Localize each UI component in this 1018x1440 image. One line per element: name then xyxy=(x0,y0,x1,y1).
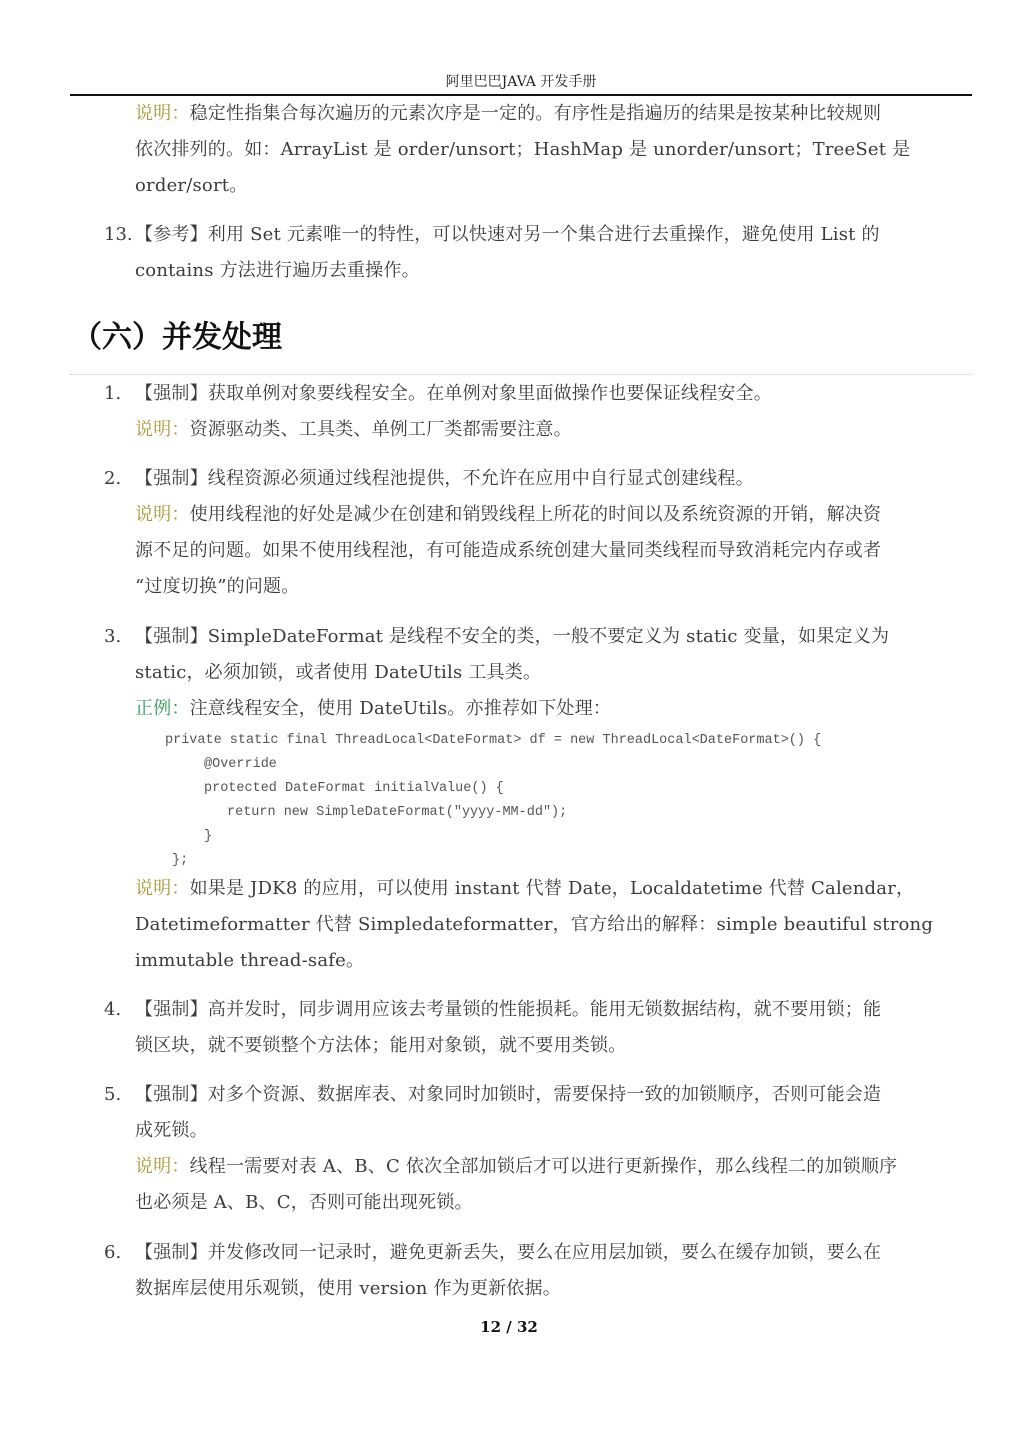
note-label: 说明： xyxy=(135,419,190,440)
item-line: contains 方法进行遍历去重操作。 xyxy=(135,259,420,283)
note-line: 说明：使用线程池的好处是减少在创建和销毁线程上所花的时间以及系统资源的开销，解决… xyxy=(135,503,881,527)
note-line: 说明：如果是 JDK8 的应用，可以使用 instant 代替 Date，Loc… xyxy=(135,877,914,901)
code-line: } xyxy=(204,825,212,849)
section-divider xyxy=(70,374,972,375)
item-number: 4. xyxy=(104,998,121,1022)
item-line: 【强制】线程资源必须通过线程池提供，不允许在应用中自行显式创建线程。 xyxy=(135,467,754,491)
item-line: 锁区块，就不要锁整个方法体；能用对象锁，就不要用类锁。 xyxy=(135,1034,626,1058)
item-line: 数据库层使用乐观锁，使用 version 作为更新依据。 xyxy=(135,1277,561,1301)
note-line: Datetimeformatter 代替 Simpledateformatter… xyxy=(135,913,933,937)
item-number: 1. xyxy=(104,382,121,406)
example-label: 正例： xyxy=(135,698,190,719)
item-number: 6. xyxy=(104,1241,121,1265)
note-line: 源不足的问题。如果不使用线程池，有可能造成系统创建大量同类线程而导致消耗完内存或… xyxy=(135,539,881,563)
code-line: private static final ThreadLocal<DateFor… xyxy=(165,729,821,753)
note-line: 说明：线程一需要对表 A、B、C 依次全部加锁后才可以进行更新操作，那么线程二的… xyxy=(135,1155,897,1179)
item-line: 成死锁。 xyxy=(135,1119,208,1143)
item-line: 【强制】SimpleDateFormat 是线程不安全的类，一般不要定义为 st… xyxy=(135,625,889,649)
item-line: 【参考】利用 Set 元素唯一的特性，可以快速对另一个集合进行去重操作，避免使用… xyxy=(135,223,880,247)
code-line: }; xyxy=(172,849,188,873)
item-number: 5. xyxy=(104,1083,121,1107)
example-text: 注意线程安全，使用 DateUtils。亦推荐如下处理： xyxy=(190,698,612,719)
code-line: protected DateFormat initialValue() { xyxy=(204,777,504,801)
note-label: 说明： xyxy=(135,504,190,525)
note-text: 线程一需要对表 A、B、C 依次全部加锁后才可以进行更新操作，那么线程二的加锁顺… xyxy=(190,1156,898,1177)
item-line: 【强制】高并发时，同步调用应该去考量锁的性能损耗。能用无锁数据结构，就不要用锁；… xyxy=(135,998,881,1022)
note-line: 依次排列的。如：ArrayList 是 order/unsort；HashMap… xyxy=(135,138,910,162)
note-line: immutable thread-safe。 xyxy=(135,949,364,973)
item-line: static，必须加锁，或者使用 DateUtils 工具类。 xyxy=(135,661,541,685)
example-line: 正例：注意线程安全，使用 DateUtils。亦推荐如下处理： xyxy=(135,697,611,721)
note-text: 资源驱动类、工具类、单例工厂类都需要注意。 xyxy=(190,419,572,440)
note-line: 也必须是 A、B、C，否则可能出现死锁。 xyxy=(135,1191,473,1215)
note-text: 使用线程池的好处是减少在创建和销毁线程上所花的时间以及系统资源的开销，解决资 xyxy=(190,504,882,525)
section-title: （六）并发处理 xyxy=(72,318,282,358)
note-label: 说明： xyxy=(135,878,190,899)
note-line: “过度切换”的问题。 xyxy=(135,575,299,599)
note-label: 说明： xyxy=(135,1156,190,1177)
item-line: 【强制】对多个资源、数据库表、对象同时加锁时，需要保持一致的加锁顺序，否则可能会… xyxy=(135,1083,881,1107)
code-line: return new SimpleDateFormat("yyyy-MM-dd"… xyxy=(227,801,567,825)
note-line: 说明：资源驱动类、工具类、单例工厂类都需要注意。 xyxy=(135,418,572,442)
note-text: 稳定性指集合每次遍历的元素次序是一定的。有序性是指遍历的结果是按某种比较规则 xyxy=(190,103,882,124)
header-divider xyxy=(70,94,972,96)
header-title: 阿里巴巴JAVA 开发手册 xyxy=(70,72,972,92)
item-number: 13. xyxy=(104,223,133,247)
note-line: order/sort。 xyxy=(135,174,247,198)
item-line: 【强制】获取单例对象要线程安全。在单例对象里面做操作也要保证线程安全。 xyxy=(135,382,772,406)
item-number: 3. xyxy=(104,625,121,649)
note-line: 说明：稳定性指集合每次遍历的元素次序是一定的。有序性是指遍历的结果是按某种比较规… xyxy=(135,102,881,126)
item-line: 【强制】并发修改同一记录时，避免更新丢失，要么在应用层加锁，要么在缓存加锁，要么… xyxy=(135,1241,881,1265)
page-number: 12 / 32 xyxy=(0,1318,1018,1336)
note-label: 说明： xyxy=(135,103,190,124)
code-line: @Override xyxy=(204,753,277,777)
item-number: 2. xyxy=(104,467,121,491)
note-text: 如果是 JDK8 的应用，可以使用 instant 代替 Date，Locald… xyxy=(190,878,915,899)
